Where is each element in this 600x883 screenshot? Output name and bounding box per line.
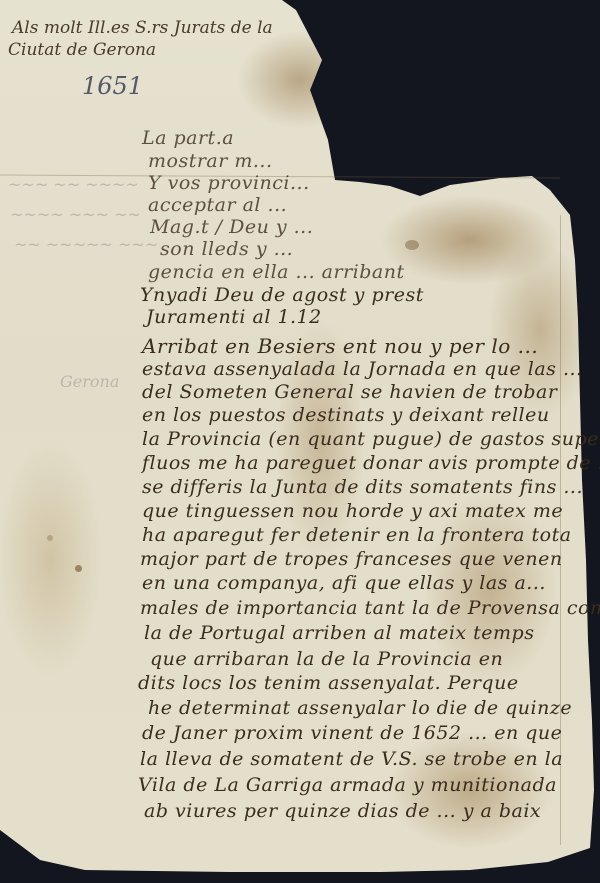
bleed-through-text: ~~ ~~~~~ ~~~ xyxy=(14,235,158,254)
address-line-1: Als molt Ill.es S.rs Jurats de la xyxy=(12,18,273,38)
body-line: gencia en ella ... arribant xyxy=(148,261,405,283)
body-line: ha aparegut fer detenir en la frontera t… xyxy=(142,524,572,546)
ink-spot xyxy=(75,565,82,572)
body-line: Vila de La Garriga armada y munitionada xyxy=(138,774,557,796)
body-line: son lleds y ... xyxy=(160,238,293,260)
body-line: estava assenyalada la Jornada en que las… xyxy=(142,358,583,380)
body-line: La part.a xyxy=(142,127,234,149)
body-line: males de importancia tant la de Provensa… xyxy=(140,597,600,619)
body-line: Arribat en Besiers ent nou y per lo ... xyxy=(142,334,538,358)
body-line: la lleva de somatent de V.S. se trobe en… xyxy=(140,748,563,770)
body-line: del Someten General se havien de trobar xyxy=(142,381,557,403)
body-line: ab viures per quinze dias de ... y a bai… xyxy=(144,800,541,822)
body-line: dits locs los tenim assenyalat. Perque xyxy=(138,672,519,694)
body-line: acceptar al ... xyxy=(148,194,287,216)
body-line: de Janer proxim vinent de 1652 ... en qu… xyxy=(142,722,562,744)
body-line: se differis la Junta de dits somatents f… xyxy=(142,476,583,498)
body-line: en los puestos destinats y deixant relle… xyxy=(142,404,550,426)
body-line: major part de tropes franceses que venen xyxy=(140,548,563,570)
bleed-through-text: Gerona xyxy=(60,372,119,391)
scanned-document-background: Als molt Ill.es S.rs Jurats de la Ciutat… xyxy=(0,0,600,883)
body-line: Juramenti al 1.12 xyxy=(146,306,322,328)
body-line: Mag.t / Deu y ... xyxy=(150,216,313,238)
body-line: Y vos provinci... xyxy=(148,172,310,194)
body-line: que tinguessen nou horde y axi matex me xyxy=(142,500,563,522)
archive-year-mark: 1651 xyxy=(82,72,143,100)
body-line: que arribaran la de la Provincia en xyxy=(150,648,503,670)
ink-spot xyxy=(47,535,53,541)
body-line: en una companya, afi que ellas y las a..… xyxy=(142,572,546,594)
bleed-through-text: ~~~~ ~~~ ~~ xyxy=(10,205,141,224)
body-line: la Provincia (en quant pugue) de gastos … xyxy=(142,428,599,450)
ink-spot xyxy=(405,240,419,250)
body-line: la de Portugal arriben al mateix temps xyxy=(144,622,534,644)
address-line-2: Ciutat de Gerona xyxy=(8,40,156,60)
bleed-through-text: ~~~ ~~ ~~~~ xyxy=(8,175,139,194)
body-line: mostrar m... xyxy=(148,150,273,172)
body-line: fluos me ha pareguet donar avis prompte … xyxy=(142,452,600,474)
body-line: Ynyadi Deu de agost y prest xyxy=(140,284,424,306)
body-line: he determinat assenyalar lo die de quinz… xyxy=(148,697,572,719)
